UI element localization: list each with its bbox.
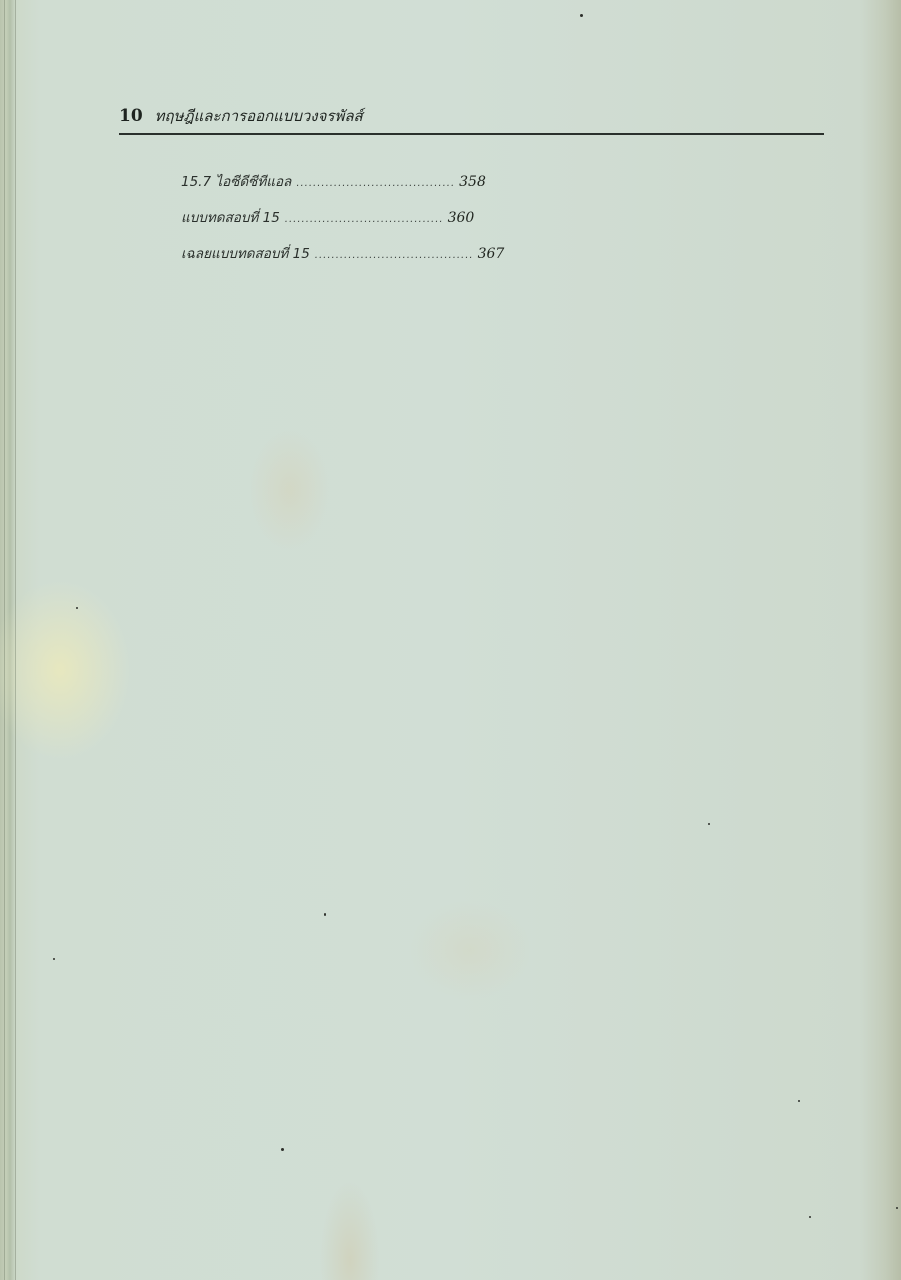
header-rule [119, 133, 824, 135]
paper-speck [708, 823, 710, 825]
running-header: 10 ทฤษฎีและการออกแบบวงจรพัลส์ [119, 104, 363, 128]
toc-leader-dots: ...................................... [315, 250, 474, 261]
table-of-contents: 15.7 ไอซีดีซีทีแอล .....................… [181, 170, 504, 278]
toc-entry: แบบทดสอบที่ 15 .........................… [181, 206, 504, 242]
toc-entry: 15.7 ไอซีดีซีทีแอล .....................… [181, 170, 504, 206]
paper-speck [76, 607, 78, 609]
toc-leader-dots: ...................................... [285, 214, 444, 225]
toc-entry-page: 360 [448, 210, 475, 226]
paper-speck [798, 1100, 800, 1102]
toc-entry-label: 15.7 ไอซีดีซีทีแอล [181, 170, 291, 192]
toc-leader-dots: ...................................... [296, 178, 455, 189]
book-title: ทฤษฎีและการออกแบบวงจรพัลส์ [155, 104, 363, 128]
paper-speck [580, 14, 583, 17]
paper-speck [53, 958, 55, 960]
toc-entry-page: 358 [459, 174, 486, 190]
paper-speck [281, 1148, 284, 1151]
paper-speck [809, 1216, 811, 1218]
spine-edge [4, 0, 5, 1280]
toc-entry-page: 367 [478, 246, 505, 262]
book-page: 10 ทฤษฎีและการออกแบบวงจรพัลส์ 15.7 ไอซีด… [0, 0, 901, 1280]
paper-speck [896, 1207, 898, 1209]
page-number: 10 [119, 106, 143, 126]
toc-entry-label: เฉลยแบบทดสอบที่ 15 [181, 242, 310, 264]
spine-edge [15, 0, 16, 1280]
toc-entry-label: แบบทดสอบที่ 15 [181, 206, 280, 228]
paper-speck [324, 913, 326, 916]
toc-entry: เฉลยแบบทดสอบที่ 15 .....................… [181, 242, 504, 278]
